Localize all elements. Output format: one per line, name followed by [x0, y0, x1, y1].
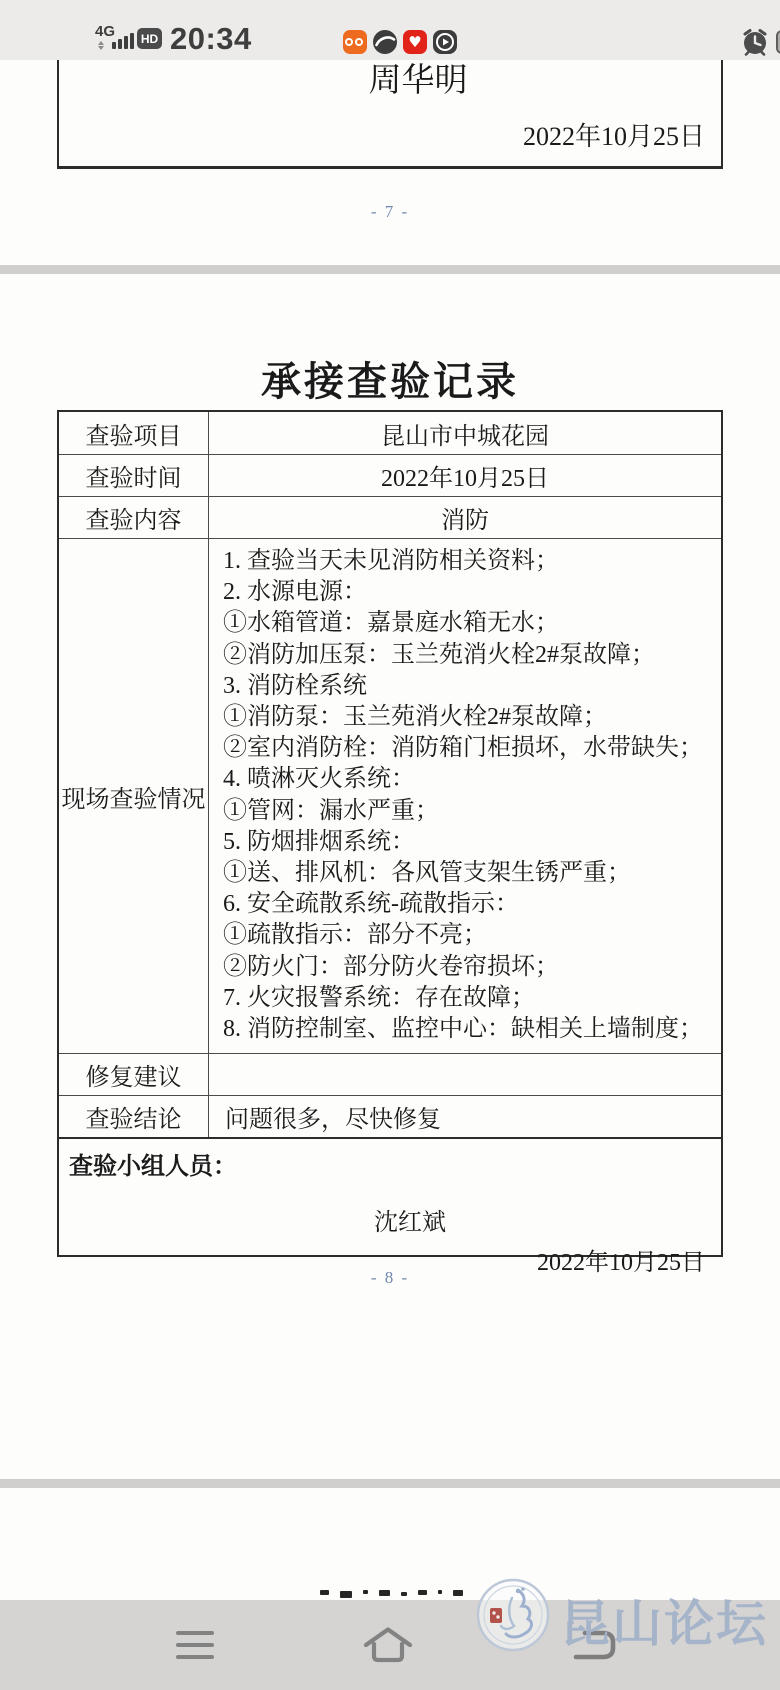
clipped-text-top-fragment: [320, 1590, 463, 1598]
table-row: 查验时间 2022年10月25日: [59, 454, 721, 496]
row-label: 查验结论: [59, 1096, 209, 1137]
page8-page-number: - 8 -: [0, 1268, 780, 1288]
table-row: 查验结论 问题很多，尽快修复: [59, 1095, 721, 1137]
row-label: 修复建议: [59, 1054, 209, 1095]
situation-line: 2. 水源电源：: [223, 577, 711, 608]
alarm-clock-icon: [740, 28, 770, 56]
situation-line: ①疏散指示：部分不亮；: [223, 920, 711, 951]
situation-line: ②室内消防栓：消防箱门柜损坏，水带缺失；: [223, 733, 711, 764]
page7-table-bottom-border: [57, 166, 723, 169]
row-value: 问题很多，尽快修复: [209, 1096, 721, 1137]
page-separator: [0, 265, 780, 274]
situation-line: 3. 消防栓系统: [223, 671, 711, 702]
situation-line: 8. 消防控制室、监控中心：缺相关上墙制度；: [223, 1014, 711, 1045]
row-value: 消防: [209, 497, 721, 538]
home-button[interactable]: [333, 1600, 443, 1690]
row-label: 查验内容: [59, 497, 209, 538]
table-row: 查验项目 昆山市中城花园: [59, 412, 721, 454]
menu-button[interactable]: [140, 1600, 250, 1690]
situation-line: 7. 火灾报警系统：存在故障；: [223, 983, 711, 1014]
situation-line: 1. 查验当天未见消防相关资料；: [223, 546, 711, 577]
row-label: 查验时间: [59, 455, 209, 496]
situation-line: 6. 安全疏散系统-疏散指示：: [223, 889, 711, 920]
clock-time: 20:34: [170, 21, 252, 57]
situation-line: 5. 防烟排烟系统：: [223, 827, 711, 858]
page-title: 承接查验记录: [0, 350, 780, 407]
phone-screen: 周华明 2022年10月25日 - 7 - 承接查验记录 查验项目 昆山市中城花…: [0, 0, 780, 1690]
dark-ring-app-icon: [373, 30, 397, 54]
table-row: 查验内容 消防: [59, 496, 721, 538]
document-scroll-area[interactable]: 周华明 2022年10月25日 - 7 - 承接查验记录 查验项目 昆山市中城花…: [0, 0, 780, 1690]
signal-strength-icon: [112, 0, 134, 49]
orange-glasses-app-icon: [343, 30, 367, 54]
row-label: 现场查验情况: [59, 539, 209, 1053]
team-label: 查验小组人员：: [59, 1146, 721, 1181]
situation-line: ②消防加压泵：玉兰苑消火栓2#泵故障；: [223, 640, 711, 671]
situation-line: ①管网：漏水严重；: [223, 796, 711, 827]
situation-lines: 1. 查验当天未见消防相关资料； 2. 水源电源： ①水箱管道：嘉景庭水箱无水；…: [209, 539, 721, 1053]
signer-name: 沈红斌: [59, 1202, 721, 1237]
notification-icons: ♥: [343, 30, 457, 54]
page-separator: [0, 1479, 780, 1488]
table-row: 修复建议: [59, 1053, 721, 1095]
back-button[interactable]: [540, 1600, 650, 1690]
situation-line: ①消防泵：玉兰苑消火栓2#泵故障；: [223, 702, 711, 733]
row-label: 查验项目: [59, 412, 209, 454]
video-player-app-icon: [433, 30, 457, 54]
signature-section: 查验小组人员： 沈红斌 2022年10月25日: [59, 1137, 721, 1255]
page7-signer-name: 周华明: [56, 54, 780, 101]
row-value: 2022年10月25日: [209, 455, 721, 496]
hd-voice-icon: HD: [137, 28, 162, 49]
situation-line: ①送、排风机：各风管支架生锈严重；: [223, 858, 711, 889]
navigation-bar: [0, 1600, 780, 1690]
menu-icon: [176, 1631, 214, 1659]
status-bar: 4G HD 20:34 ♥: [0, 0, 780, 60]
red-heart-app-icon: ♥: [403, 30, 427, 54]
situation-line: 4. 喷淋灭火系统：: [223, 764, 711, 795]
inspection-table: 查验项目 昆山市中城花园 查验时间 2022年10月25日 查验内容 消防 现场…: [57, 410, 723, 1257]
back-icon: [570, 1627, 620, 1663]
data-updown-arrows-icon: [98, 41, 104, 50]
situation-line: ①水箱管道：嘉景庭水箱无水；: [223, 608, 711, 639]
situation-line: ②防火门：部分防火卷帘损坏；: [223, 952, 711, 983]
page7-date: 2022年10月25日: [523, 116, 705, 153]
row-value: 昆山市中城花园: [209, 412, 721, 454]
table-row-situation: 现场查验情况 1. 查验当天未见消防相关资料； 2. 水源电源： ①水箱管道：嘉…: [59, 538, 721, 1053]
page7-page-number: - 7 -: [0, 202, 780, 222]
battery-icon: 86: [776, 30, 780, 54]
row-value-empty: [209, 1054, 721, 1095]
home-icon: [360, 1625, 416, 1665]
